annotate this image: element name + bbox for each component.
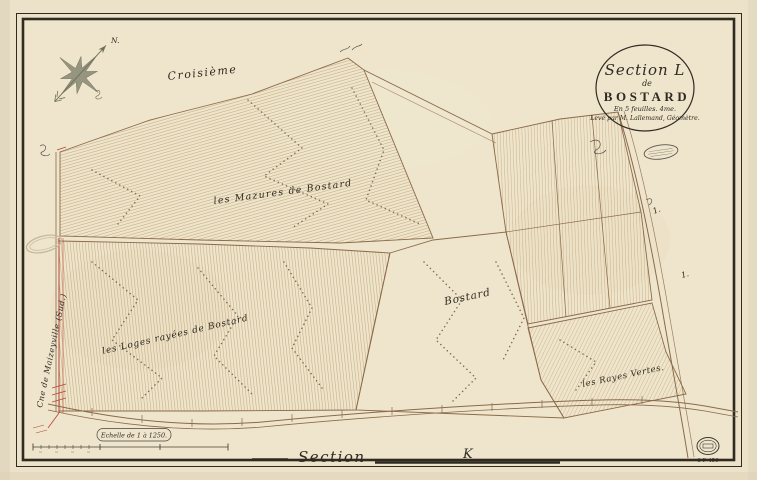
scale-caption: Echelle de 1 à 1250.: [100, 432, 167, 440]
section-letter: K: [462, 447, 474, 462]
archive-ref: 3 P 456: [697, 458, 719, 464]
cartouche-section: Section L: [605, 61, 686, 79]
cadastral-map-scan: N. Section L de BOSTARD En 5 feuilles. 4…: [0, 0, 757, 480]
cartouche-name: BOSTARD: [604, 89, 690, 104]
cartouche-de: de: [642, 79, 652, 88]
cartouche-surveyor: Levé par M. Lallemand, Géomètre.: [589, 115, 700, 122]
compass-north-label: N.: [110, 36, 119, 45]
cartouche-sheets: En 5 feuilles. 4me.: [613, 105, 676, 113]
section-word: Section: [298, 448, 366, 466]
